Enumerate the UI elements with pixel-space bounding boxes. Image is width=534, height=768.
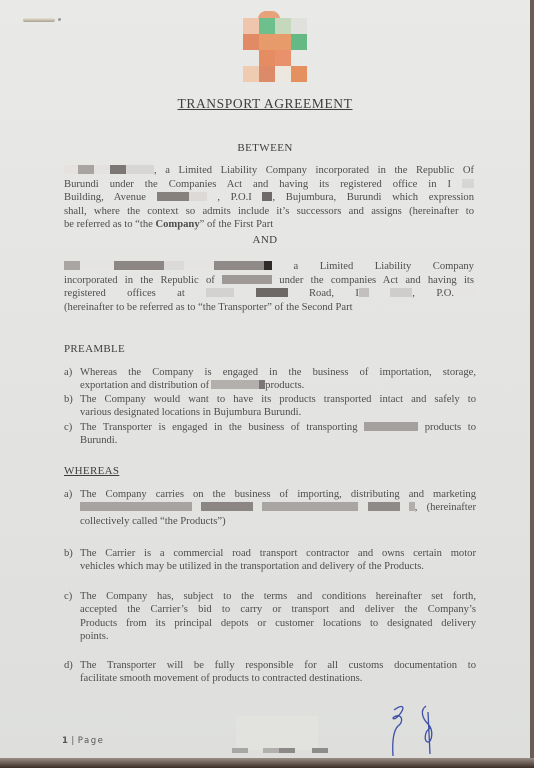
document-page: TRANSPORT AGREEMENT BETWEEN , a Limited …	[0, 0, 530, 760]
staple-mark	[23, 18, 55, 22]
party-one-text: Burundi under the Companies Act and havi…	[64, 179, 451, 190]
item-text: The Company would want to have its produ…	[80, 393, 476, 406]
redacted-text	[211, 380, 259, 389]
item-text: exportation and distribution of	[80, 380, 209, 391]
company-logo-redacted	[243, 18, 307, 82]
between-heading: BETWEEN	[0, 142, 530, 154]
item-text: The Company carries on the business of i…	[80, 488, 476, 501]
party-one-text: , P.O.I	[217, 192, 252, 203]
list-marker: b)	[64, 547, 73, 560]
party-two-text: under the companies Act and having its	[279, 275, 474, 286]
redacted-text	[262, 502, 358, 511]
page-separator: |	[71, 736, 75, 746]
party-one-text: be referred as to “the	[64, 219, 155, 230]
page-number-value: 1	[62, 736, 69, 746]
document-title: TRANSPORT AGREEMENT	[0, 96, 530, 112]
party-two-text: registered offices at	[64, 288, 185, 299]
redacted-text	[80, 502, 192, 511]
list-marker: b)	[64, 393, 73, 406]
and-heading: AND	[0, 234, 530, 246]
party-one-text: , Bujumbura, Burundi which expression	[272, 192, 474, 203]
party-one-text: , a Limited Liability Company incorporat…	[154, 165, 474, 176]
redacted-text	[364, 422, 418, 431]
redacted-text	[157, 192, 189, 201]
page-number: 1|Page	[62, 736, 104, 746]
redacted-text	[368, 502, 400, 511]
preamble-heading: PREAMBLE	[64, 343, 125, 355]
item-text: The Transporter will be fully responsibl…	[80, 659, 476, 672]
redacted-text	[64, 165, 78, 174]
party-one-text: ” of the First Part	[200, 219, 274, 230]
redacted-text	[390, 288, 412, 297]
redacted-text	[214, 261, 264, 270]
redacted-text	[256, 288, 288, 297]
item-text: Whereas the Company is engaged in the bu…	[80, 366, 476, 379]
staple-dot	[58, 18, 61, 21]
party-two-text: a Limited Liability Company	[294, 261, 474, 272]
company-defined-term: Company	[155, 219, 199, 230]
party-two-text: (hereinafter to be referred as to “the T…	[64, 302, 353, 313]
item-text: The Transporter is engaged in the busine…	[80, 422, 358, 433]
redacted-stamp	[236, 716, 318, 750]
party-two-paragraph: a Limited Liability Company incorporated…	[64, 260, 474, 314]
redacted-text	[222, 275, 272, 284]
redacted-text	[114, 261, 164, 270]
list-marker: c)	[64, 590, 72, 603]
party-two-text: Road, I	[309, 288, 359, 299]
redacted-text	[64, 261, 80, 270]
item-text: various designated locations in Bujumbur…	[80, 406, 476, 419]
whereas-heading: WHEREAS	[64, 465, 119, 477]
redacted-footer-text	[232, 748, 248, 753]
page-edge-shadow	[530, 0, 534, 768]
redacted-text	[462, 179, 474, 188]
item-text: Burundi.	[80, 434, 476, 447]
item-text: points.	[80, 630, 476, 643]
redacted-text	[262, 192, 272, 201]
item-text: products.	[265, 380, 304, 391]
item-text: Products from its principal depots or cu…	[80, 617, 476, 630]
item-text: products to	[425, 422, 476, 433]
list-marker: c)	[64, 421, 72, 434]
redacted-text	[110, 165, 126, 174]
item-text: The Carrier is a commercial road transpo…	[80, 547, 476, 560]
party-one-paragraph: , a Limited Liability Company incorporat…	[64, 164, 474, 232]
redacted-text	[78, 165, 94, 174]
item-text: vehicles which may be utilized in the tr…	[80, 560, 476, 573]
redacted-text	[201, 502, 253, 511]
signature-initial-2	[418, 702, 442, 760]
table-surface	[0, 758, 534, 768]
page-label: Page	[78, 736, 105, 746]
item-text: The Company has, subject to the terms an…	[80, 590, 476, 603]
list-marker: d)	[64, 659, 73, 672]
list-marker: a)	[64, 366, 72, 379]
item-text: collectively called “the Products”)	[80, 515, 476, 528]
item-text: , (hereinafter	[415, 502, 476, 513]
party-two-text: , P.O.	[412, 288, 454, 299]
list-marker: a)	[64, 488, 72, 501]
signature-initial-1	[384, 700, 414, 764]
party-two-text: incorporated in the Republic of	[64, 275, 215, 286]
item-text: accepted the Carrier’s bid to carry or t…	[80, 603, 476, 616]
item-text: facilitate smooth movement of products t…	[80, 672, 476, 685]
party-one-text: shall, where the context so admits inclu…	[64, 206, 474, 217]
party-one-text: Building, Avenue	[64, 192, 146, 203]
